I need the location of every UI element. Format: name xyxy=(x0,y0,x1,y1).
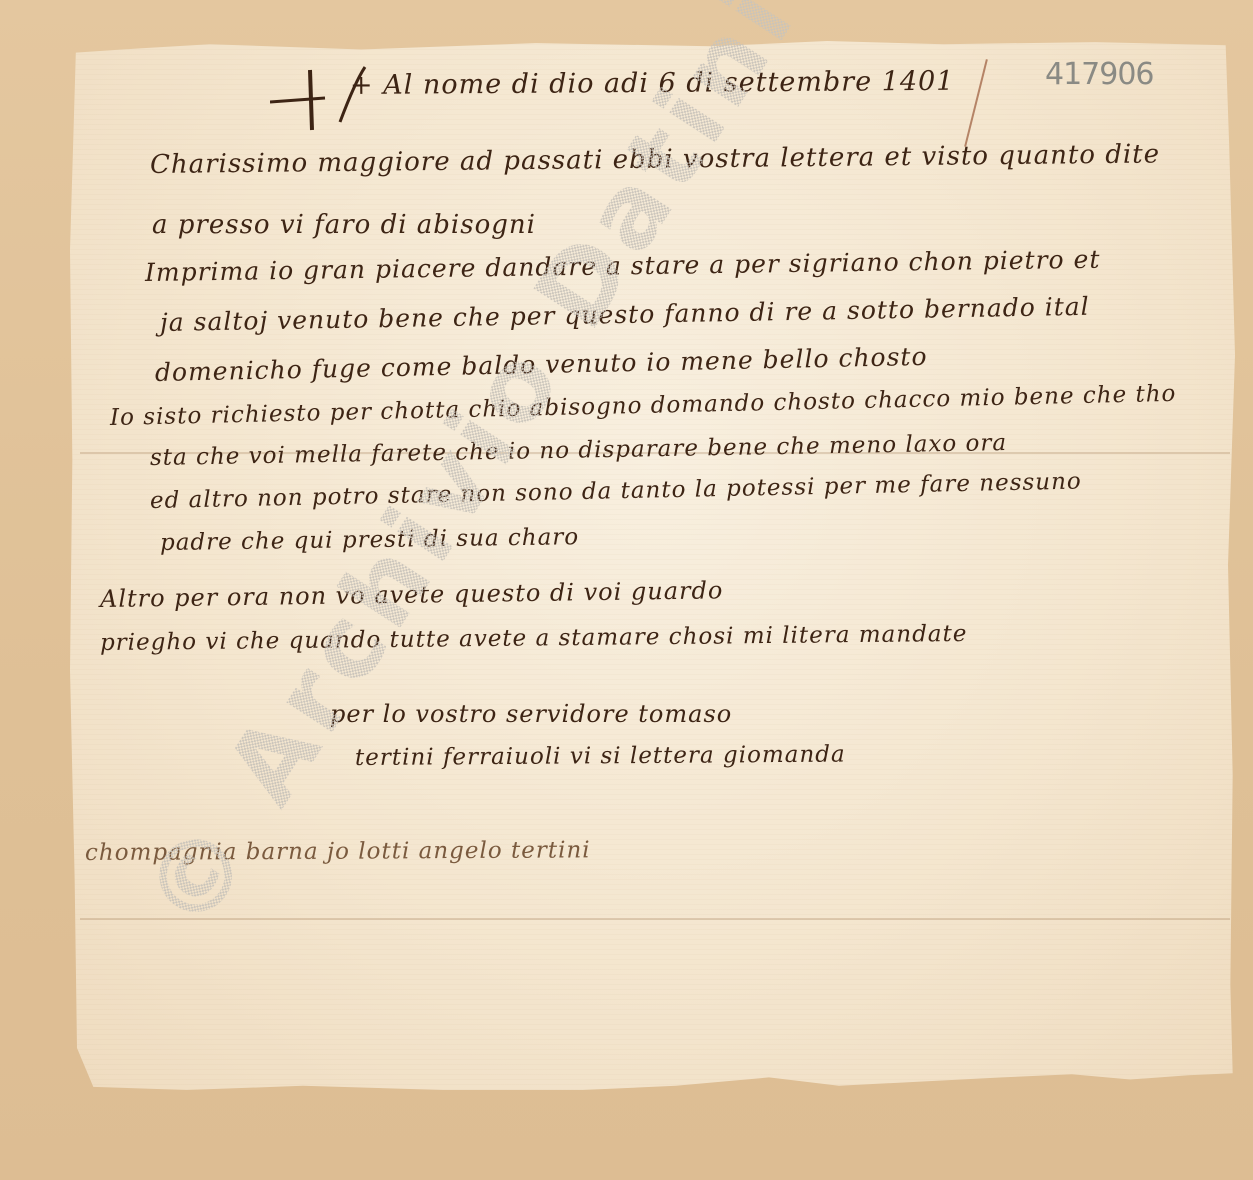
letter-line: a presso vi faro di abisogni xyxy=(152,210,536,240)
signature-line: per lo vostro servidore tomaso xyxy=(330,700,732,728)
fold-line xyxy=(80,918,1230,920)
archive-number: 417906 xyxy=(1045,57,1154,92)
signature-line: tertini ferraiuoli vi si lettera giomand… xyxy=(355,742,846,771)
